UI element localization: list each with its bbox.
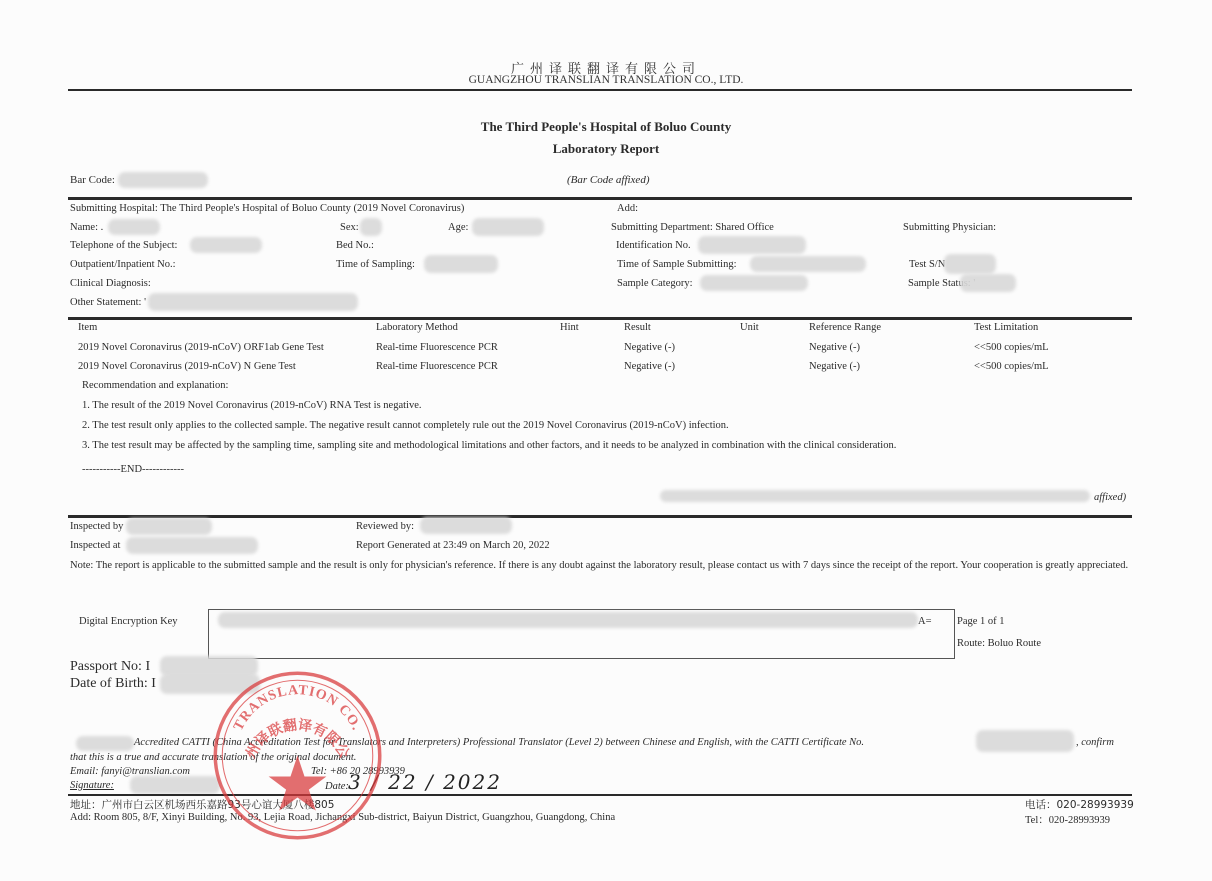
redacted-bar-code <box>118 172 208 188</box>
bar-code-label: Bar Code: <box>70 174 115 186</box>
redacted-telephone <box>190 237 262 253</box>
affixed-note: affixed) <box>1094 492 1126 503</box>
explanation-heading: Recommendation and explanation: <box>82 380 228 391</box>
redacted-inspector <box>126 518 212 535</box>
row-result: Negative (-) <box>624 361 675 372</box>
section-divider-results <box>68 317 1132 320</box>
header-unit: Unit <box>740 322 759 333</box>
header-method: Laboratory Method <box>376 322 458 333</box>
other-statement-label: Other Statement: ' <box>70 297 146 308</box>
identification-label: Identification No. <box>616 240 691 251</box>
redacted-affixed-note <box>660 490 1090 502</box>
hospital-title: The Third People's Hospital of Boluo Cou… <box>0 119 1212 135</box>
row-method: Real-time Fluorescence PCR <box>376 342 498 353</box>
report-note: Note: The report is applicable to the su… <box>70 559 1134 572</box>
redacted-encryption-key <box>218 612 918 628</box>
row-limitation: <<500 copies/mL <box>974 342 1049 353</box>
date-of-birth-label: Date of Birth: I <box>70 676 156 692</box>
explanation-item-3: 3. The test result may be affected by th… <box>82 440 896 451</box>
test-sn-label: Test S/N <box>909 259 945 270</box>
signature-label: Signature: <box>70 780 114 791</box>
header-hint: Hint <box>560 322 579 333</box>
redacted-certificate-no <box>976 730 1074 752</box>
page-number: Page 1 of 1 <box>957 616 1005 627</box>
header-reference-range: Reference Range <box>809 322 881 333</box>
row-method: Real-time Fluorescence PCR <box>376 361 498 372</box>
sex-label: Sex: <box>340 222 359 233</box>
bar-code-note: (Bar Code affixed) <box>567 174 649 186</box>
svg-text:TRANSLATION CO.: TRANSLATION CO. <box>231 683 364 733</box>
row-result: Negative (-) <box>624 342 675 353</box>
redacted-sex <box>360 218 382 236</box>
submit-time-label: Time of Sample Submitting: <box>617 259 737 270</box>
telephone-label: Telephone of the Subject: <box>70 240 177 251</box>
encryption-key-label: Digital Encryption Key <box>79 616 178 627</box>
explanation-item-2: 2. The test result only applies to the c… <box>82 420 729 431</box>
address-label: Add: <box>617 203 638 214</box>
sample-category-label: Sample Category: <box>617 278 693 289</box>
redacted-submit-time <box>750 256 866 272</box>
redacted-age <box>472 218 544 236</box>
report-generated-time: Report Generated at 23:49 on March 20, 2… <box>356 540 550 551</box>
route: Route: Boluo Route <box>957 638 1041 649</box>
row-reference: Negative (-) <box>809 361 860 372</box>
redacted-signature <box>130 776 220 794</box>
section-divider-top <box>68 197 1132 200</box>
inspected-at-label: Inspected at <box>70 540 120 551</box>
submitting-department: Submitting Department: Shared Office <box>611 222 774 233</box>
age-label: Age: <box>448 222 468 233</box>
header-item: Item <box>78 322 97 333</box>
row-limitation: <<500 copies/mL <box>974 361 1049 372</box>
redacted-name <box>108 219 160 235</box>
inspected-by-label: Inspected by <box>70 521 123 532</box>
outpatient-label: Outpatient/Inpatient No.: <box>70 259 176 270</box>
redacted-sample-status <box>960 274 1016 292</box>
redacted-translator-name <box>76 736 134 751</box>
clinical-diagnosis-label: Clinical Diagnosis: <box>70 278 151 289</box>
name-label: Name: . <box>70 222 103 233</box>
bed-label: Bed No.: <box>336 240 374 251</box>
explanation-item-1: 1. The result of the 2019 Novel Coronavi… <box>82 400 422 411</box>
row-item: 2019 Novel Coronavirus (2019-nCoV) ORF1a… <box>78 342 324 353</box>
company-name-english: GUANGZHOU TRANSLIAN TRANSLATION CO., LTD… <box>0 74 1212 86</box>
section-divider-inspection <box>68 515 1132 518</box>
phone-chinese: 电话：020-28993939 <box>1025 797 1134 812</box>
sampling-time-label: Time of Sampling: <box>336 259 415 270</box>
end-marker: -----------END------------ <box>82 464 184 475</box>
redacted-other-statement <box>148 293 358 311</box>
reviewed-by-label: Reviewed by: <box>356 521 414 532</box>
phone-english: Tel：020-28993939 <box>1025 812 1110 827</box>
row-reference: Negative (-) <box>809 342 860 353</box>
row-item: 2019 Novel Coronavirus (2019-nCoV) N Gen… <box>78 361 296 372</box>
encryption-key-tail: A= <box>918 616 932 627</box>
submitting-hospital: Submitting Hospital: The Third People's … <box>70 203 464 214</box>
redacted-sampling-time <box>424 255 498 273</box>
redacted-inspection-time <box>126 537 258 554</box>
redacted-sample-category <box>700 275 808 291</box>
passport-label: Passport No: I <box>70 659 150 675</box>
redacted-identification <box>698 236 806 254</box>
header-result: Result <box>624 322 651 333</box>
redacted-reviewer <box>420 517 512 534</box>
redacted-test-sn <box>944 254 996 274</box>
certification-line-1-end: , confirm <box>1076 737 1114 748</box>
submitting-physician-label: Submitting Physician: <box>903 222 996 233</box>
company-seal-icon: TRANSLATION CO. 广州译联翻译有限公司 <box>210 668 385 843</box>
report-title: Laboratory Report <box>0 141 1212 157</box>
letterhead-divider <box>68 89 1132 91</box>
header-test-limitation: Test Limitation <box>974 322 1038 333</box>
